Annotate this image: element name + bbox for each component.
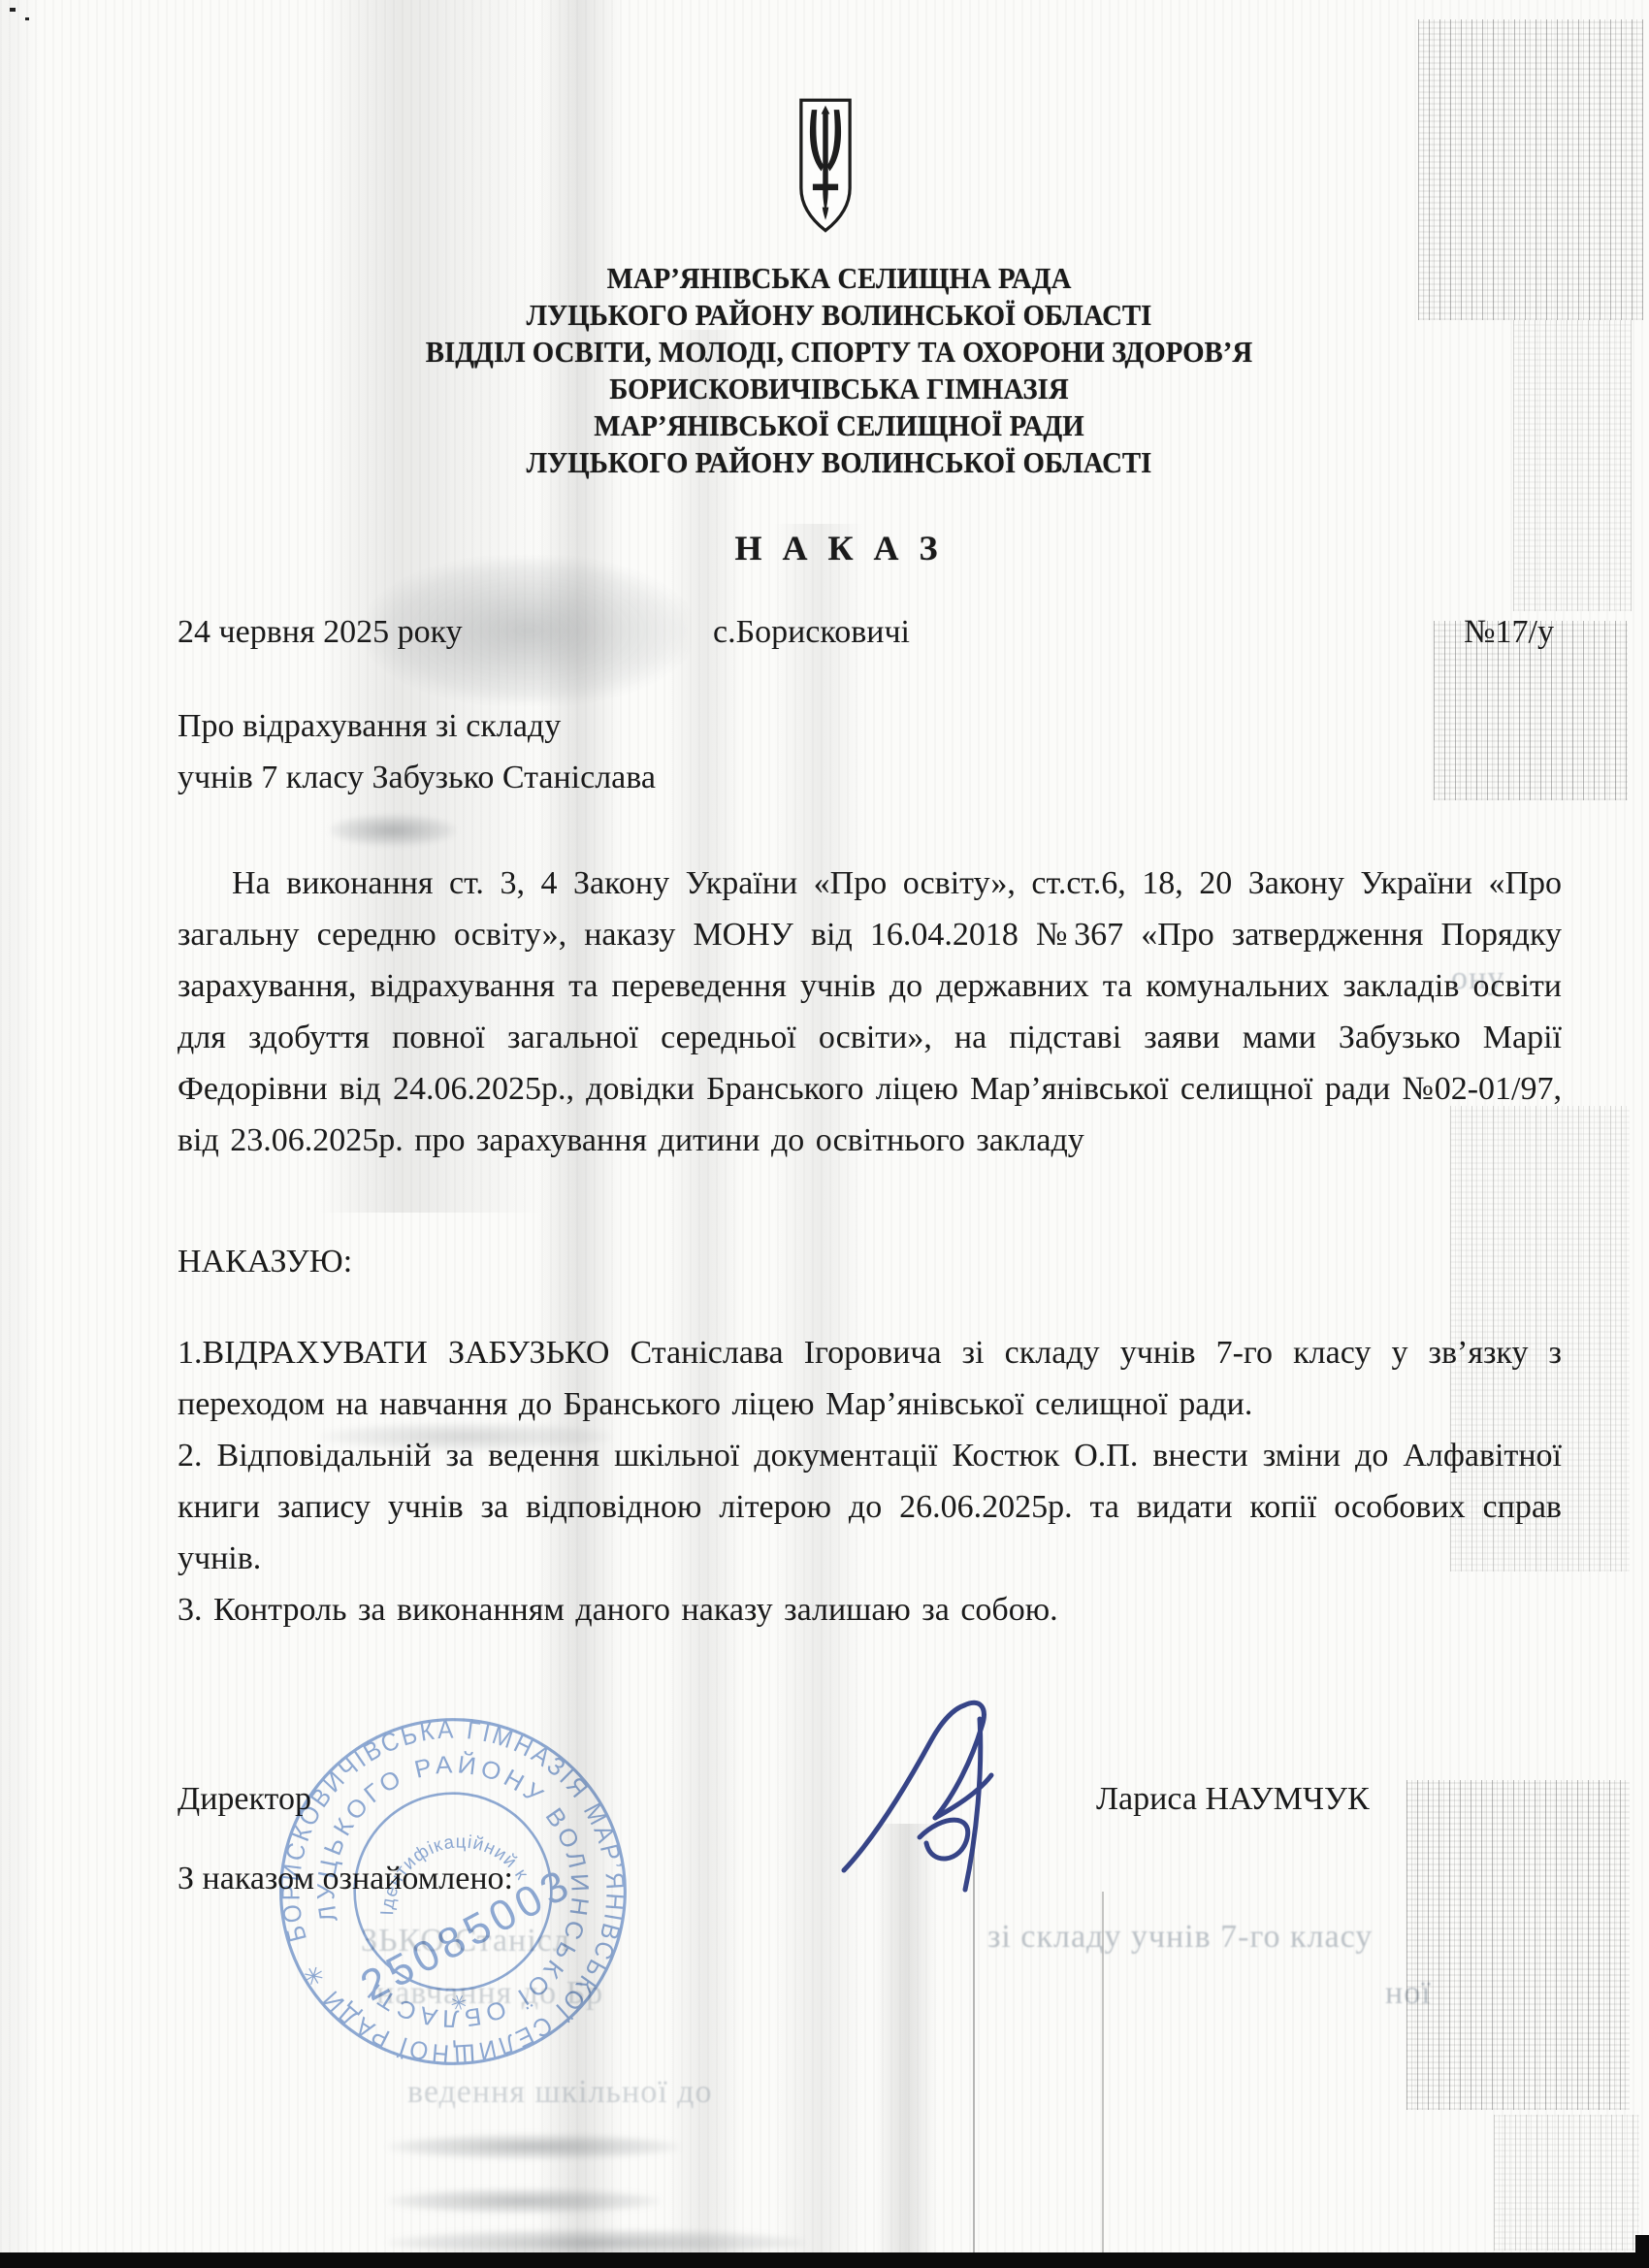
- bleed-through-text: зі складу учнів 7-го класу: [987, 1919, 1373, 1956]
- org-line: МАР’ЯНІВСЬКОЇ СЕЛИЩНОЇ РАДИ: [194, 407, 1484, 444]
- scan-scratch-artifact: [1406, 1780, 1630, 2110]
- order-number: №17/у: [1464, 614, 1554, 651]
- svg-text:БОРИСКОВИЧІВСЬКА ГІМНАЗІЯ МАР’: БОРИСКОВИЧІВСЬКА ГІМНАЗІЯ МАР’ЯНІВСЬКОЇ …: [230, 1669, 676, 2115]
- scan-scratch-artifact: [1494, 2115, 1639, 2251]
- scanner-edge-bar: [0, 2252, 1649, 2268]
- order-item-3: 3. Контроль за виконанням даного наказу …: [178, 1584, 1562, 1636]
- preamble-paragraph: На виконання ст. 3, 4 Закону України «Пр…: [178, 858, 1562, 1166]
- scan-speck: [25, 17, 29, 20]
- director-handwritten-signature: [826, 1690, 1059, 1901]
- subject-line: учнів 7 класу Забузько Станіслава: [178, 752, 656, 803]
- coat-of-arms-trident-icon: [797, 97, 854, 235]
- bleed-through-smudge: [330, 815, 456, 846]
- bleed-through-smudge: [388, 2188, 660, 2214]
- order-item-1: 1.ВІДРАХУВАТИ ЗАБУЗЬКО Станіслава Ігоров…: [178, 1327, 1562, 1430]
- org-header-block: МАР’ЯНІВСЬКА СЕЛИЩНА РАДА ЛУЦЬКОГО РАЙОН…: [194, 260, 1484, 481]
- order-heading: НАКАЗУЮ:: [178, 1244, 352, 1280]
- order-subject: Про відрахування зі складу учнів 7 класу…: [178, 700, 656, 803]
- org-line: БОРИСКОВИЧІВСЬКА ГІМНАЗІЯ: [194, 371, 1484, 407]
- dateline-row: 24 червня 2025 року с.Борисковичі №17/у: [178, 614, 1562, 659]
- scanned-document-page: МАР’ЯНІВСЬКА СЕЛИЩНА РАДА ЛУЦЬКОГО РАЙОН…: [0, 0, 1649, 2268]
- bleed-through-smudge: [388, 2134, 679, 2159]
- document-title: Н А К А З: [145, 528, 1533, 568]
- order-items-list: 1.ВІДРАХУВАТИ ЗАБУЗЬКО Станіслава Ігоров…: [178, 1327, 1562, 1636]
- stamp-outer-ring-text: БОРИСКОВИЧІВСЬКА ГІМНАЗІЯ МАР’ЯНІВСЬКОЇ …: [230, 1669, 676, 2115]
- director-name: Лариса НАУМЧУК: [1096, 1781, 1370, 1818]
- org-line: ЛУЦЬКОГО РАЙОНУ ВОЛИНСЬКОЇ ОБЛАСТІ: [194, 444, 1484, 481]
- org-line: ВІДДІЛ ОСВІТИ, МОЛОДІ, СПОРТУ ТА ОХОРОНИ…: [194, 334, 1484, 371]
- official-round-stamp: БОРИСКОВИЧІВСЬКА ГІМНАЗІЯ МАР’ЯНІВСЬКОЇ …: [221, 1660, 686, 2124]
- order-place: с.Борисковичі: [713, 614, 910, 651]
- order-date: 24 червня 2025 року: [178, 614, 463, 651]
- org-line: МАР’ЯНІВСЬКА СЕЛИЩНА РАДА: [194, 260, 1484, 297]
- org-line: ЛУЦЬКОГО РАЙОНУ ВОЛИНСЬКОЇ ОБЛАСТІ: [194, 297, 1484, 334]
- subject-line: Про відрахування зі складу: [178, 700, 656, 752]
- scan-speck: [10, 8, 16, 12]
- bleed-through-text: ної: [1385, 1975, 1432, 2012]
- order-item-2: 2. Відповідальній за ведення шкільної до…: [178, 1430, 1562, 1584]
- scanner-edge-corner: [1635, 2235, 1649, 2268]
